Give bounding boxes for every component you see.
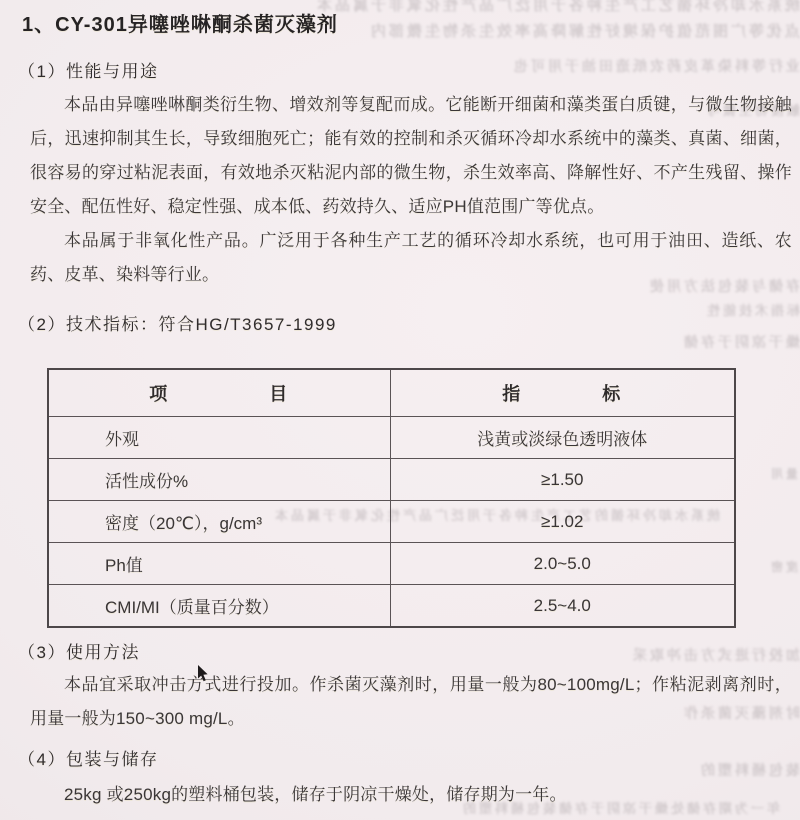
column-header-item: 项 目 [48, 369, 390, 417]
row-label-cmi-mi: CMI/MI（质量百分数） [48, 585, 390, 628]
spec-table: 项 目 指 标 外观 浅黄或淡绿色透明液体 活性成份% ≥1.50 密度（20℃… [47, 368, 736, 628]
bleedthrough-line: 业行等料染革皮药农纸造田油于用可也 [475, 56, 800, 76]
paragraph: 本品由异噻唑啉酮类衍生物、增效剂等复配而成。它能断开细菌和藻类蛋白质键，与微生物… [30, 88, 792, 224]
bleedthrough-line: 加投行进式方击冲取采 [592, 645, 800, 665]
scanned-document-page: 统系水却冷环循艺工产生种各于用泛广品产性化氧非于属品本点优等广围范值护保境好性解… [0, 0, 800, 820]
bleedthrough-line: 量用 [740, 465, 798, 482]
performance-paragraphs: 本品由异噻唑啉酮类衍生物、增效剂等复配而成。它能断开细菌和藻类蛋白质键，与微生物… [30, 88, 792, 292]
row-value-ph: 2.0~5.0 [390, 543, 735, 585]
bleedthrough-line: 统系水却冷环循艺工产生种各于用泛广品产性化氧非于属品本 [295, 0, 800, 15]
usage-paragraphs: 本品宜采取冲击方式进行投加。作杀菌灭藻剂时，用量一般为80~100mg/L；作粘… [30, 668, 792, 736]
paragraph: 本品属于非氧化性产品。广泛用于各种生产工艺的循环冷却水系统，也可用于油田、造纸、… [30, 224, 792, 292]
column-header-spec: 指 标 [390, 369, 735, 417]
paragraph: 25kg 或250kg的塑料桶包装，储存于阴凉干燥处，储存期为一年。 [30, 778, 792, 812]
table-row: Ph值 2.0~5.0 [48, 543, 735, 585]
bleedthrough-line: 点优等广围范值护保境好性解降高率效生杀物生微部内 [300, 20, 800, 41]
bleedthrough-line: 燥干凉阴于存储 [592, 332, 800, 352]
packaging-paragraphs: 25kg 或250kg的塑料桶包装，储存于阴凉干燥处，储存期为一年。 [30, 778, 792, 812]
row-label-density: 密度（20℃），g/cm³ [48, 501, 390, 543]
paragraph: 本品宜采取冲击方式进行投加。作杀菌灭藻剂时，用量一般为80~100mg/L；作粘… [30, 668, 792, 736]
table-row: 外观 浅黄或淡绿色透明液体 [48, 417, 735, 459]
table-row: CMI/MI（质量百分数） 2.5~4.0 [48, 585, 735, 628]
table-row: 密度（20℃），g/cm³ ≥1.02 [48, 501, 735, 543]
table-row: 活性成份% ≥1.50 [48, 459, 735, 501]
row-value-appearance: 浅黄或淡绿色透明液体 [390, 417, 735, 459]
cursor-arrow-artifact [197, 665, 209, 682]
page-title: 1、CY-301异噻唑啉酮杀菌灭藻剂 [22, 8, 338, 37]
table-header-row: 项 目 指 标 [48, 369, 735, 417]
section-heading-packaging: （4）包装与储存 [18, 745, 158, 770]
bleedthrough-line: 装包桶料塑的 [615, 760, 800, 780]
section-heading-usage: （3）使用方法 [18, 638, 140, 663]
row-label-active-content: 活性成份% [48, 459, 390, 501]
row-value-density: ≥1.02 [390, 501, 735, 543]
row-label-ph: Ph值 [48, 543, 390, 585]
row-value-cmi-mi: 2.5~4.0 [390, 585, 735, 628]
row-label-appearance: 外观 [48, 417, 390, 459]
section-heading-performance: （1）性能与用途 [18, 57, 158, 82]
row-value-active-content: ≥1.50 [390, 459, 735, 501]
section-heading-specs: （2）技术指标：符合HG/T3657-1999 [18, 310, 337, 335]
bleedthrough-line: 标指术技能性 [585, 300, 800, 319]
bleedthrough-line: 度密 [740, 558, 798, 575]
